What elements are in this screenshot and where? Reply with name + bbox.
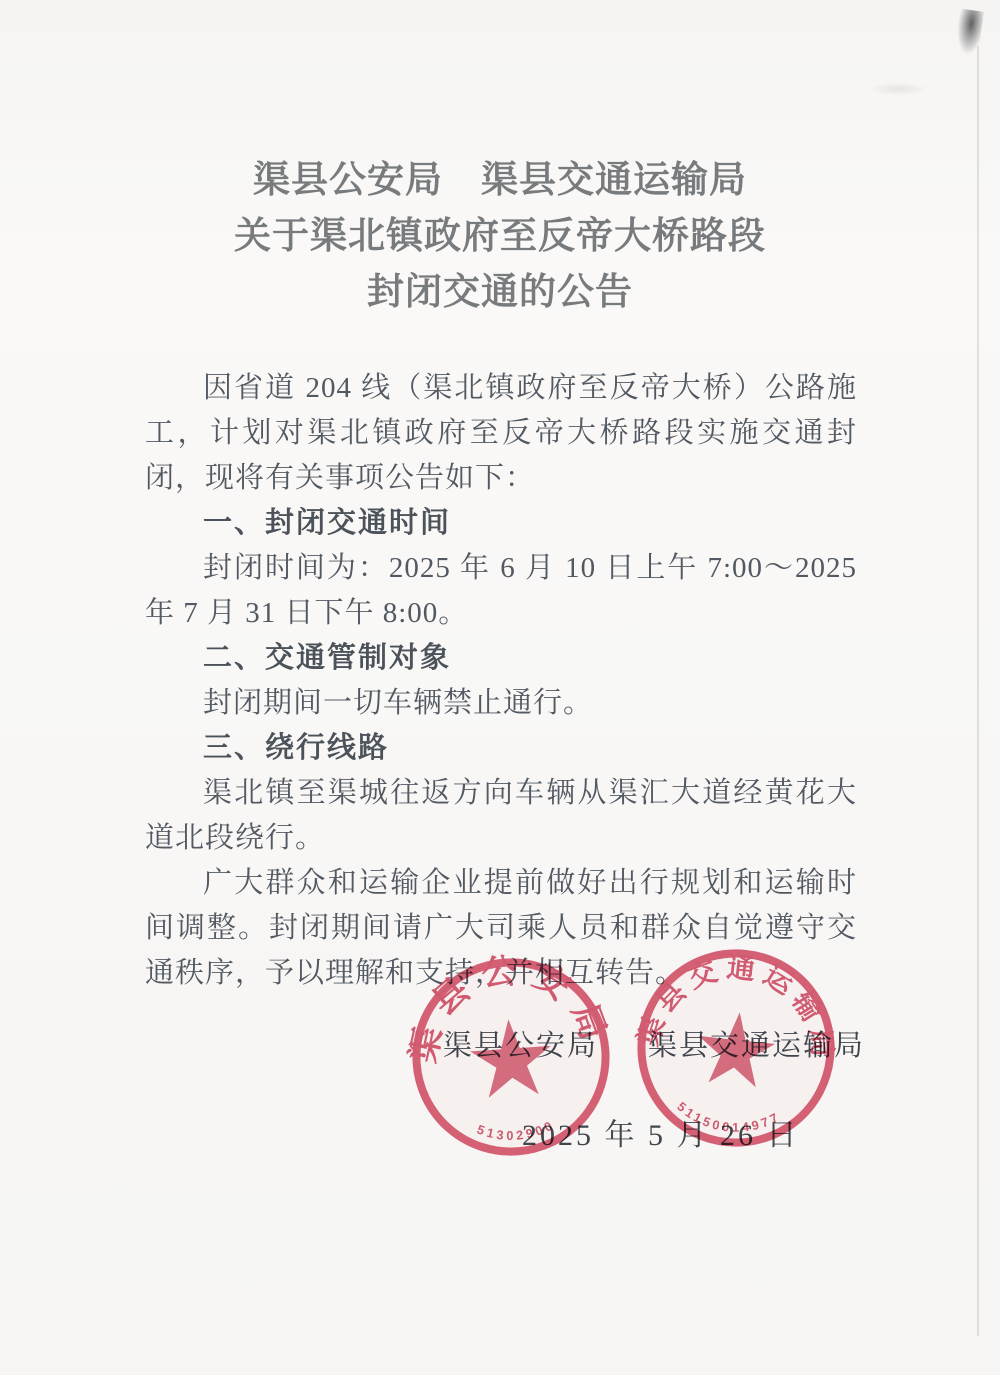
intro-paragraph: 因省道 204 线（渠北镇政府至反帝大桥）公路施工，计划对渠北镇政府至反帝大桥路… — [145, 366, 857, 501]
section-1-text: 封闭时间为：2025 年 6 月 10 日上午 7:00～2025 年 7 月 … — [145, 546, 857, 636]
section-3-heading: 三、绕行线路 — [145, 726, 857, 771]
scanned-notice-page: 渠县公安局 渠县交通运输局 关于渠北镇政府至反帝大桥路段 封闭交通的公告 因省道… — [0, 0, 1000, 1375]
section-2-heading: 二、交通管制对象 — [145, 636, 857, 681]
section-1-heading: 一、封闭交通时间 — [145, 501, 857, 546]
notice-title: 渠县公安局 渠县交通运输局 关于渠北镇政府至反帝大桥路段 封闭交通的公告 — [0, 152, 1000, 320]
title-line-agencies: 渠县公安局 渠县交通运输局 — [0, 152, 1000, 208]
scan-smudge-artifact — [954, 9, 984, 56]
transport-bureau-seal: 渠县交通运输局 51150014977 — [622, 934, 851, 1163]
title-line-type: 封闭交通的公告 — [0, 264, 1000, 320]
scan-faint-mark — [868, 82, 928, 96]
public-security-bureau-seal: 渠县公安局 51302900 — [400, 946, 622, 1168]
notice-body: 因省道 204 线（渠北镇政府至反帝大桥）公路施工，计划对渠北镇政府至反帝大桥路… — [145, 366, 857, 996]
section-2-text: 封闭期间一切车辆禁止通行。 — [145, 681, 857, 726]
section-3-text: 渠北镇至渠城往返方向车辆从渠汇大道经黄花大道北段绕行。 — [145, 771, 857, 861]
scan-line-artifact — [977, 46, 979, 1336]
title-line-subject: 关于渠北镇政府至反帝大桥路段 — [0, 208, 1000, 264]
